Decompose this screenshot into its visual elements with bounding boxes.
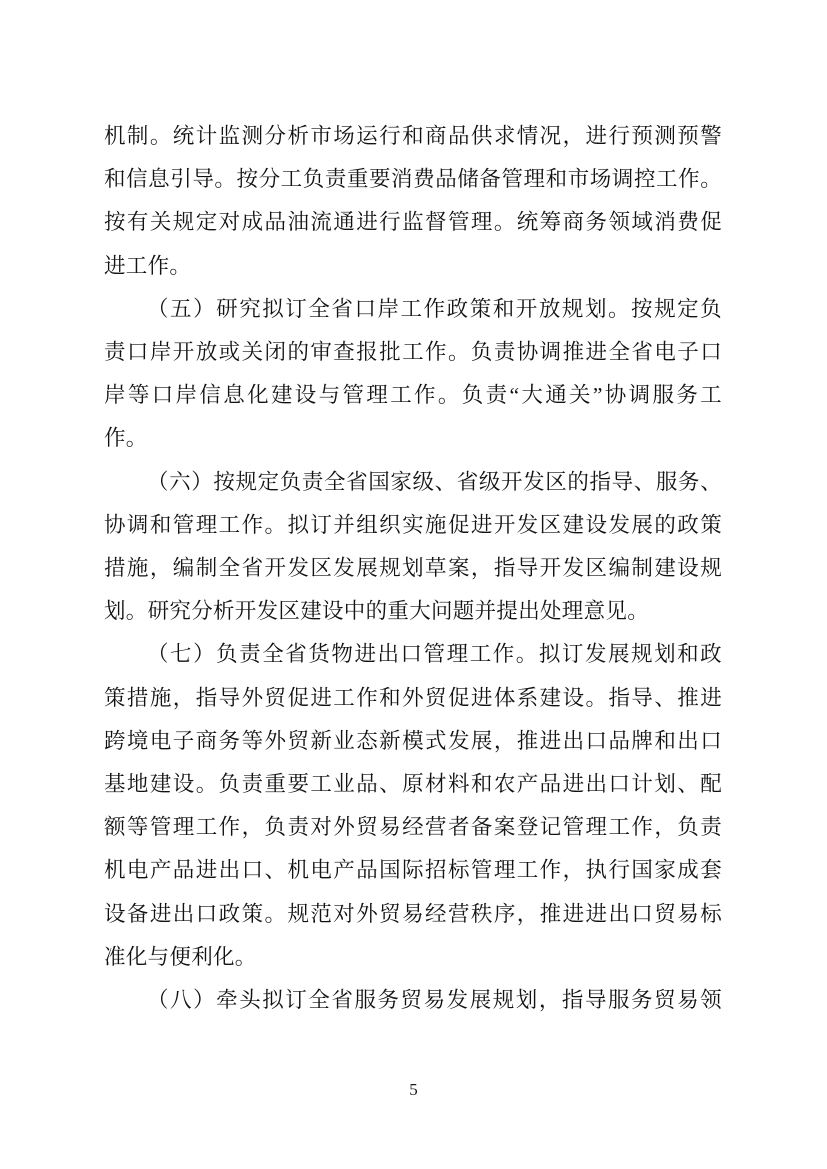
text-line: 和信息引导。按分工负责重要消费品储备管理和市场调控工作。 — [104, 158, 722, 201]
text-line: （五）研究拟订全省口岸工作政策和开放规划。按规定负 — [104, 288, 722, 331]
text-line: 跨境电子商务等外贸新业态新模式发展，推进出口品牌和出口 — [104, 720, 722, 763]
text-line: （八）牵头拟订全省服务贸易发展规划，指导服务贸易领 — [104, 979, 722, 1022]
document-page: 机制。统计监测分析市场运行和商品供求情况，进行预测预警和信息引导。按分工负责重要… — [0, 0, 827, 1169]
text-line: 责口岸开放或关闭的审查报批工作。负责协调推进全省电子口 — [104, 331, 722, 374]
text-line: 策措施，指导外贸促进工作和外贸促进体系建设。指导、推进 — [104, 677, 722, 720]
page-footer: 5 — [0, 1078, 827, 1102]
text-line: 协调和管理工作。拟订并组织实施促进开发区建设发展的政策 — [104, 504, 722, 547]
text-line: 作。 — [104, 417, 722, 460]
text-line: 划。研究分析开发区建设中的重大问题并提出处理意见。 — [104, 590, 722, 633]
text-line: （七）负责全省货物进出口管理工作。拟订发展规划和政 — [104, 633, 722, 676]
page-number: 5 — [409, 1080, 418, 1099]
text-line: 准化与便利化。 — [104, 936, 722, 979]
text-line: 额等管理工作，负责对外贸易经营者备案登记管理工作，负责 — [104, 806, 722, 849]
text-line: 基地建设。负责重要工业品、原材料和农产品进出口计划、配 — [104, 763, 722, 806]
text-line: （六）按规定负责全省国家级、省级开发区的指导、服务、 — [104, 461, 722, 504]
text-line: 岸等口岸信息化建设与管理工作。负责“大通关”协调服务工 — [104, 374, 722, 417]
text-line: 按有关规定对成品油流通进行监督管理。统筹商务领域消费促 — [104, 201, 722, 244]
text-line: 机制。统计监测分析市场运行和商品供求情况，进行预测预警 — [104, 115, 722, 158]
text-line: 设备进出口政策。规范对外贸易经营秩序，推进进出口贸易标 — [104, 893, 722, 936]
text-line: 进工作。 — [104, 245, 722, 288]
text-body: 机制。统计监测分析市场运行和商品供求情况，进行预测预警和信息引导。按分工负责重要… — [104, 115, 722, 1022]
text-line: 机电产品进出口、机电产品国际招标管理工作，执行国家成套 — [104, 849, 722, 892]
text-line: 措施，编制全省开发区发展规划草案，指导开发区编制建设规 — [104, 547, 722, 590]
